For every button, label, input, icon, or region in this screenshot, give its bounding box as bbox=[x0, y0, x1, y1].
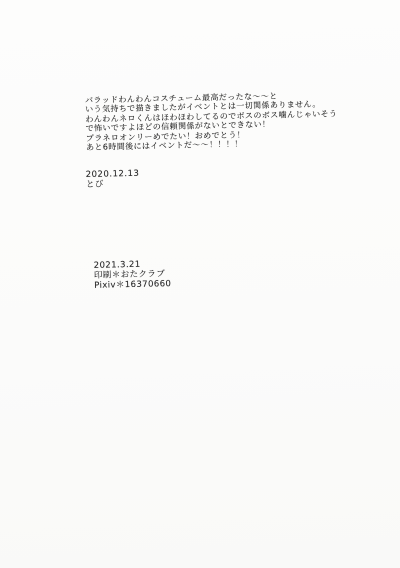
scan-tilt-wrapper: バラッドわんわんコスチューム最高だったな〜〜と いう気持ちで描きましたがイベント… bbox=[0, 0, 400, 568]
pixiv-id: Pixiv＊16370660 bbox=[94, 279, 171, 291]
colophon-block: 2021.3.21 印刷＊おたクラブ Pixiv＊16370660 bbox=[94, 259, 172, 291]
afterword-text-block: バラッドわんわんコスチューム最高だったな〜〜と いう気持ちで描きましたがイベント… bbox=[85, 90, 366, 153]
signature-date: 2020.12.13 bbox=[86, 169, 140, 180]
author-name: とび bbox=[86, 179, 140, 190]
scanned-document-page: バラッドわんわんコスチューム最高だったな〜〜と いう気持ちで描きましたがイベント… bbox=[0, 0, 400, 568]
signature-block: 2020.12.13 とび bbox=[86, 169, 140, 190]
